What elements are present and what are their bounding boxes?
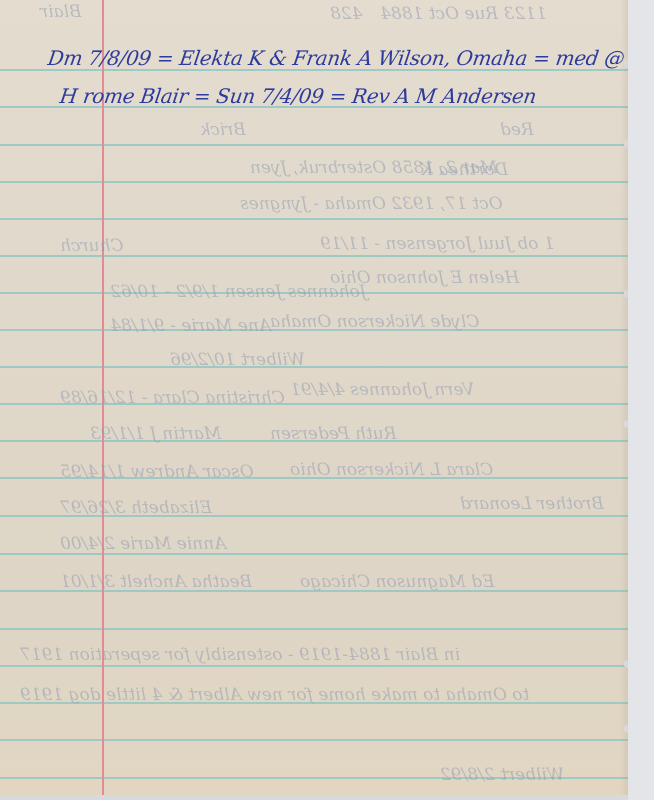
bleed-through-text: Church [60, 236, 124, 256]
bleed-through-text: Elizabeth 3/26/97 [60, 498, 212, 518]
bleed-through-text: Brick [200, 120, 246, 140]
torn-edge [624, 660, 628, 668]
bleed-through-text: Vern Johannes 4/4/91 [290, 380, 474, 400]
scanner-edge [0, 795, 628, 800]
rule-line [0, 218, 628, 220]
torn-edge [624, 725, 628, 733]
bleed-through-text: 428 [330, 4, 362, 24]
torn-edge [624, 420, 628, 428]
bleed-through-text: to Omaha to make home for new Albert & 4… [20, 685, 529, 705]
notebook-page: 1123 Rue Oct 1884 428 Blair Brick Red Ma… [0, 0, 628, 795]
rule-line [0, 665, 628, 667]
torn-edge [624, 290, 628, 298]
bleed-through-text: Blair [40, 2, 82, 22]
bleed-through-text: Clara L Nickerson Ohio [290, 460, 493, 480]
bleed-through-text: Ed Magnuson Chicago [300, 572, 495, 592]
rule-line [0, 181, 628, 183]
bleed-through-text: Ruth Pedersen [270, 424, 396, 444]
rule-line [0, 628, 628, 630]
bleed-through-text: Oscar Andrew 1/14/95 [60, 462, 254, 482]
bleed-through-text: in Blair 1884-1919 - ostensibly for sepe… [20, 645, 460, 665]
handwritten-line-1: Dm 7/8/09 = Elekta K & Frank A Wilson, O… [46, 46, 626, 70]
bleed-through-text: Martin J 1/1/93 [90, 424, 221, 444]
bleed-through-text: 1123 Rue Oct 1884 [380, 4, 547, 24]
bleed-through-text: Ane Marie - 9/1/84 [110, 316, 271, 336]
bleed-through-text: Clyde Nickerson Omaha [270, 312, 479, 332]
torn-edge [624, 60, 628, 68]
bleed-through-text: Johannes Jensen 1/9/2 - 10/62 [110, 282, 367, 302]
rule-line [0, 366, 628, 368]
bleed-through-text: Wilbert 10/2/96 [170, 350, 305, 370]
handwritten-line-2: H rome Blair = Sun 7/4/09 = Rev A M Ande… [58, 84, 538, 108]
bleed-through-text: Red [500, 120, 534, 140]
bleed-through-text: Wilbert 2/8/92 [440, 765, 564, 785]
bleed-through-text: Brother Leonard [460, 494, 604, 514]
bleed-through-text: 1 ob Juul Jorgensen - 11/19 [320, 234, 555, 254]
bleed-through-text: Beatha Anchelt 3/1/01 [60, 572, 252, 592]
torn-edge [624, 140, 628, 148]
bleed-through-text: Christina Clara - 12/16/89 [60, 388, 285, 408]
bleed-through-text: Dorthea K [420, 160, 508, 180]
rule-line [0, 739, 628, 741]
rule-line [0, 144, 628, 146]
bleed-through-text: Annie Marie 2/4/00 [60, 534, 226, 554]
bleed-through-text: Oct 17, 1932 Omaha - Jyngnes [240, 194, 503, 214]
